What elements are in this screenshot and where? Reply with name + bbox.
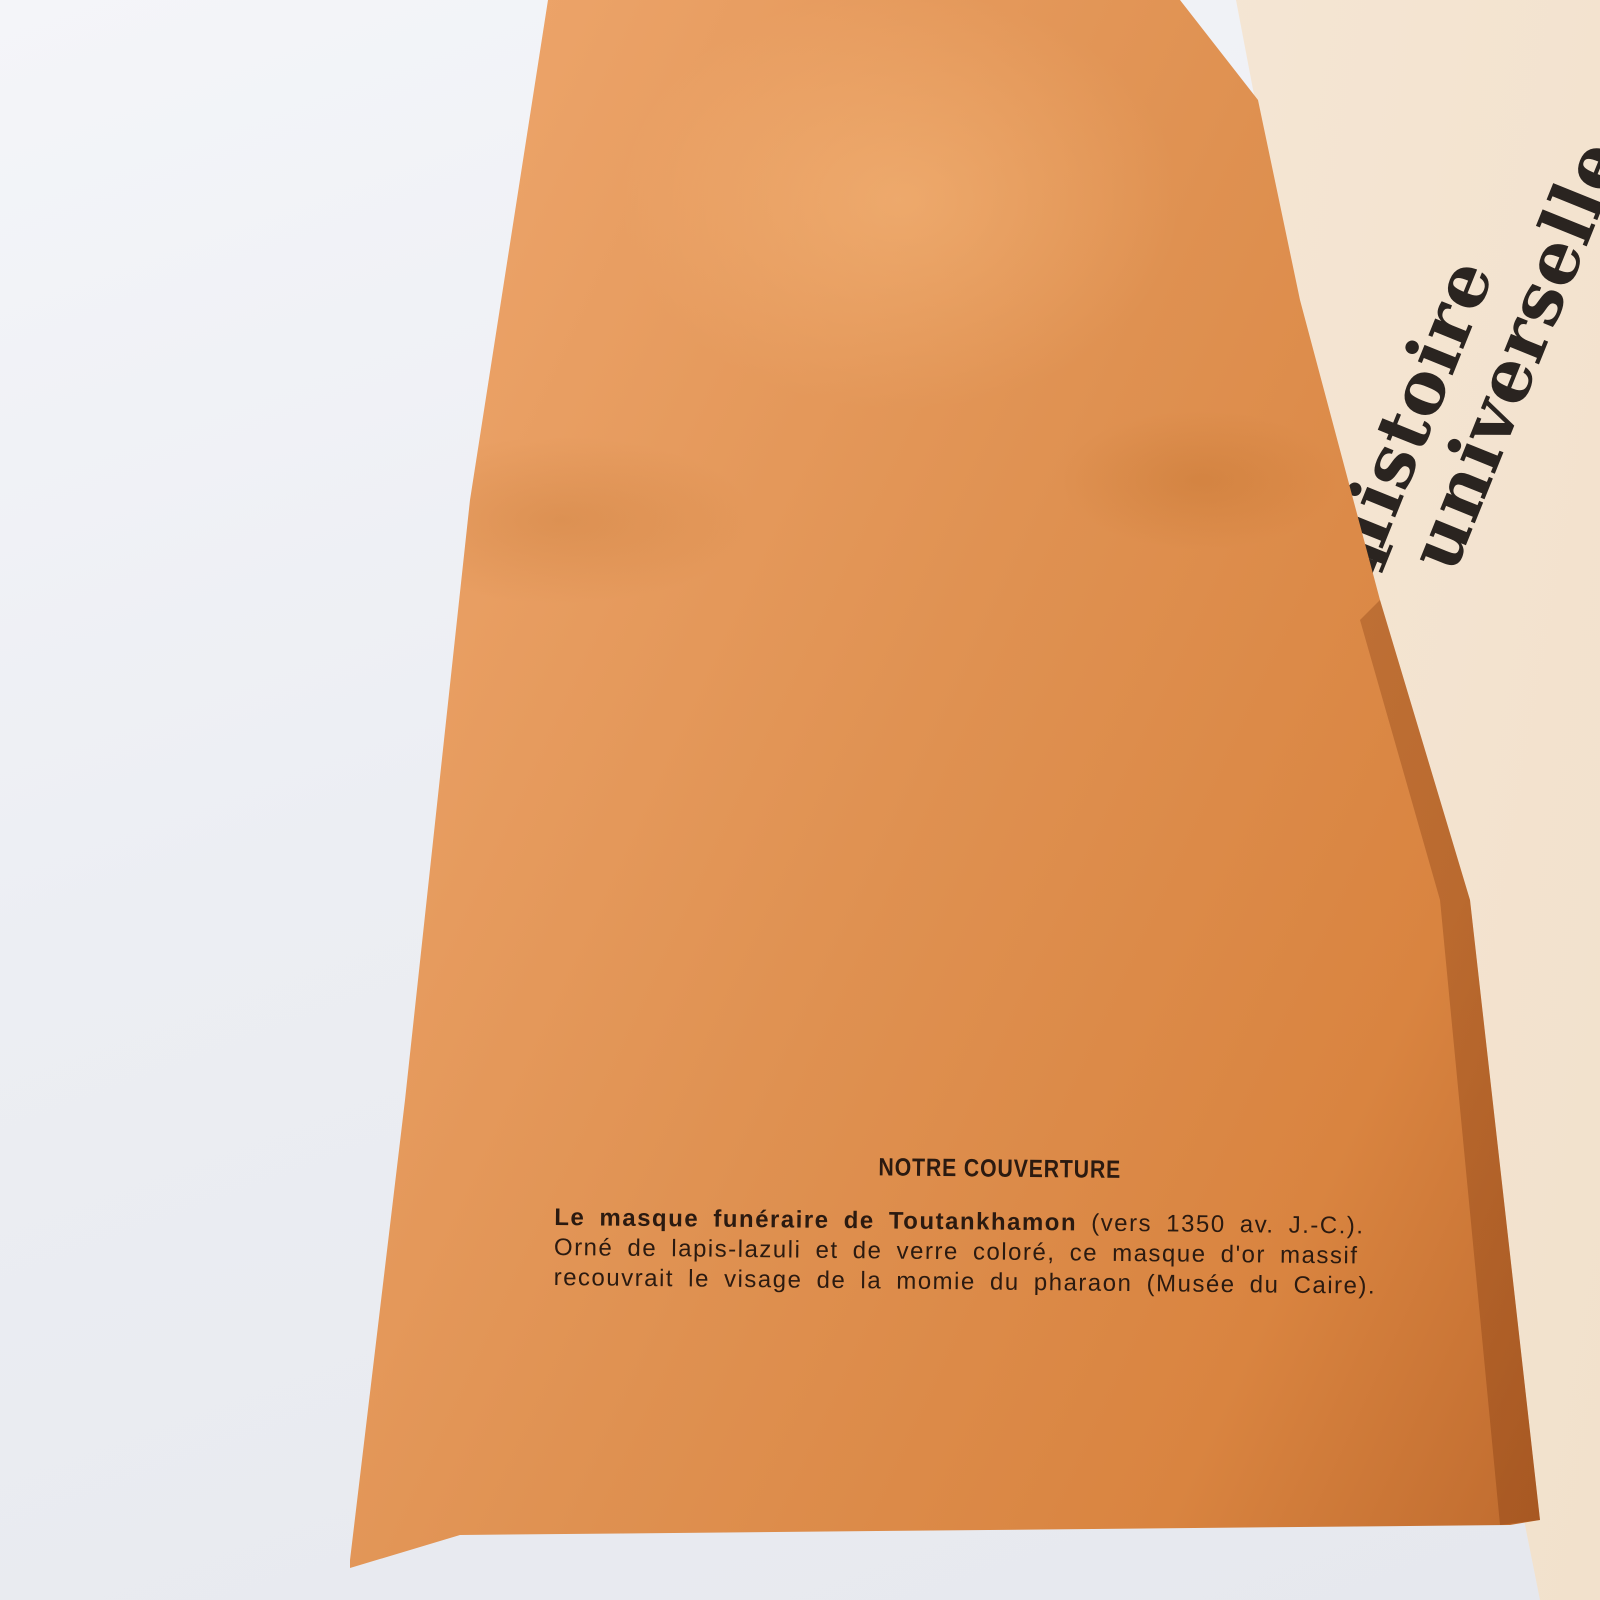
- caption-date: (vers 1350 av. J.-C.).: [1077, 1209, 1365, 1239]
- caption-bold-lead: Le masque funéraire de Toutankhamon: [554, 1204, 1077, 1236]
- caption-body: Le masque funéraire de Toutankhamon (ver…: [554, 1203, 1435, 1302]
- cover-caption: NOTRE COUVERTURE Le masque funéraire de …: [554, 1150, 1435, 1302]
- photo-scene: Histoire universelle 1 NOTRE COUVERTURE …: [0, 0, 1600, 1600]
